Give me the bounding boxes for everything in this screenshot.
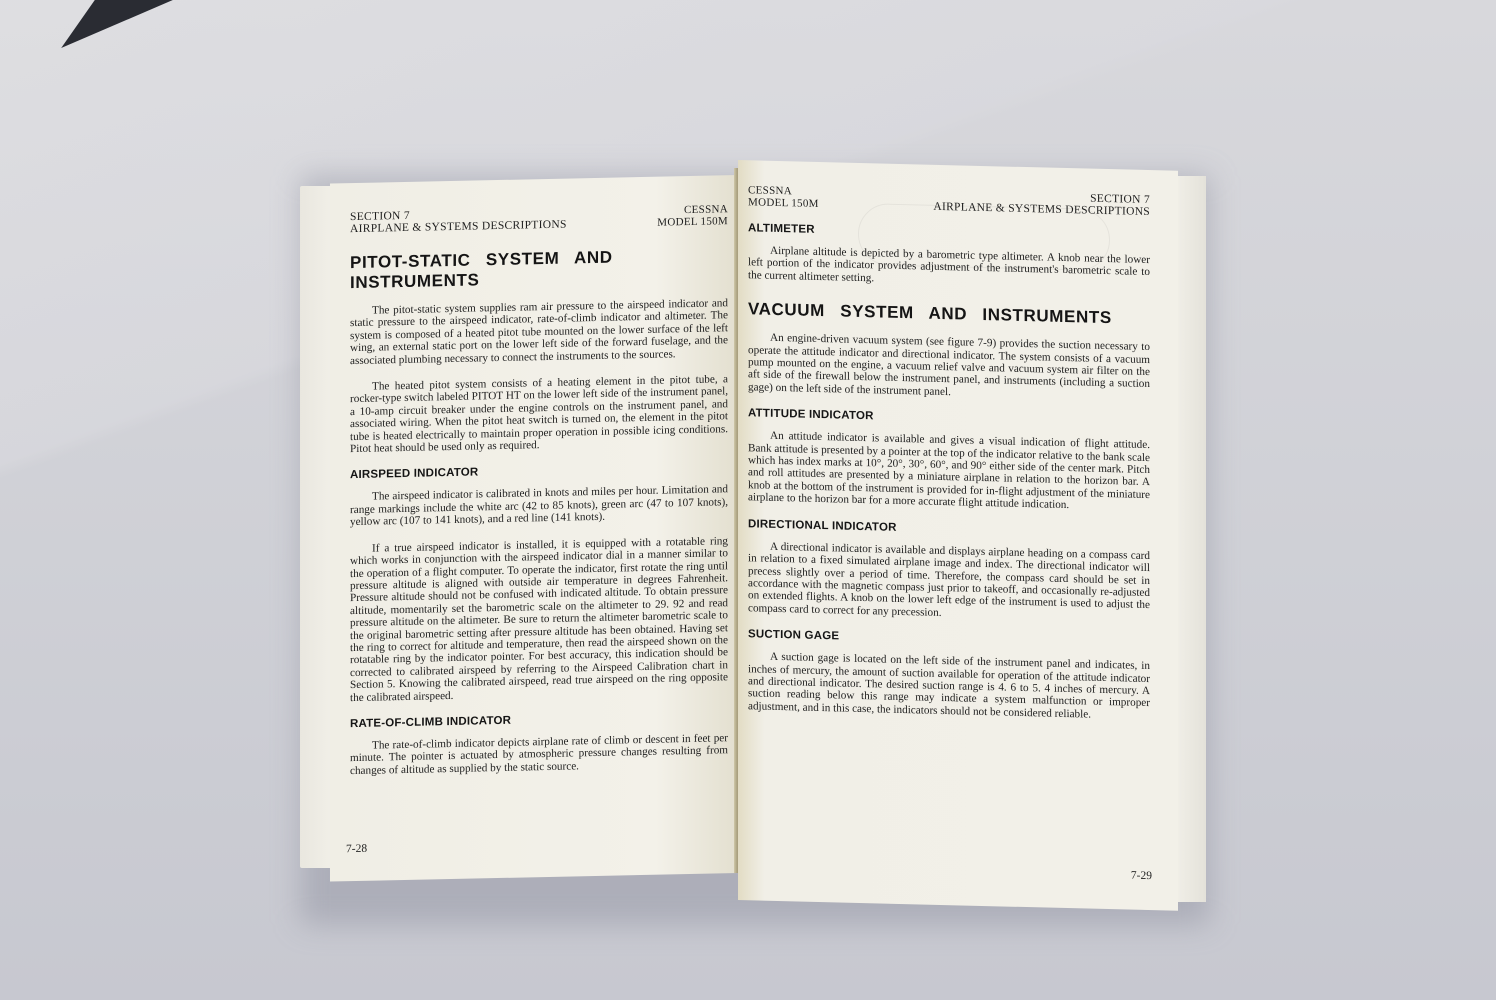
subheading-directional-indicator: DIRECTIONAL INDICATOR (748, 518, 1150, 540)
paragraph-attitude: An attitude indicator is available and g… (748, 429, 1150, 513)
subheading-rate-of-climb: RATE-OF-CLIMB INDICATOR (350, 710, 728, 730)
paragraph-rate-of-climb: The rate-of-climb indicator depicts airp… (350, 732, 728, 777)
subheading-attitude-indicator: ATTITUDE INDICATOR (748, 407, 1150, 429)
paragraph-airspeed-2: If a true airspeed indicator is installe… (350, 535, 728, 704)
left-page: SECTION 7 AIRPLANE & SYSTEMS DESCRIPTION… (330, 175, 738, 882)
subheading-suction-gage: SUCTION GAGE (748, 628, 1150, 650)
page-number-right: 7-29 (1131, 870, 1152, 883)
paragraph-pitot-static-1: The pitot-static system supplies ram air… (350, 297, 728, 367)
subheading-airspeed-indicator: AIRSPEED INDICATOR (350, 462, 728, 482)
show-through-figure (858, 203, 1110, 271)
section-heading-pitot-static: PITOT-STATIC SYSTEM AND INSTRUMENTS (350, 245, 728, 293)
paragraph-suction: A suction gage is located on the left si… (748, 650, 1150, 722)
left-page-header: SECTION 7 AIRPLANE & SYSTEMS DESCRIPTION… (350, 203, 728, 235)
page-number-left: 7-28 (346, 843, 367, 855)
paragraph-directional: A directional indicator is available and… (748, 540, 1150, 624)
header-model: MODEL 150M (748, 196, 819, 210)
header-model: MODEL 150M (657, 215, 728, 228)
section-heading-vacuum: VACUUM SYSTEM AND INSTRUMENTS (748, 299, 1150, 329)
paragraph-vacuum: An engine-driven vacuum system (see figu… (748, 331, 1150, 403)
paragraph-pitot-static-2: The heated pitot system consists of a he… (350, 373, 728, 455)
paragraph-airspeed-1: The airspeed indicator is calibrated in … (350, 484, 728, 529)
right-page: CESSNA MODEL 150M SECTION 7 AIRPLANE & S… (738, 160, 1178, 911)
